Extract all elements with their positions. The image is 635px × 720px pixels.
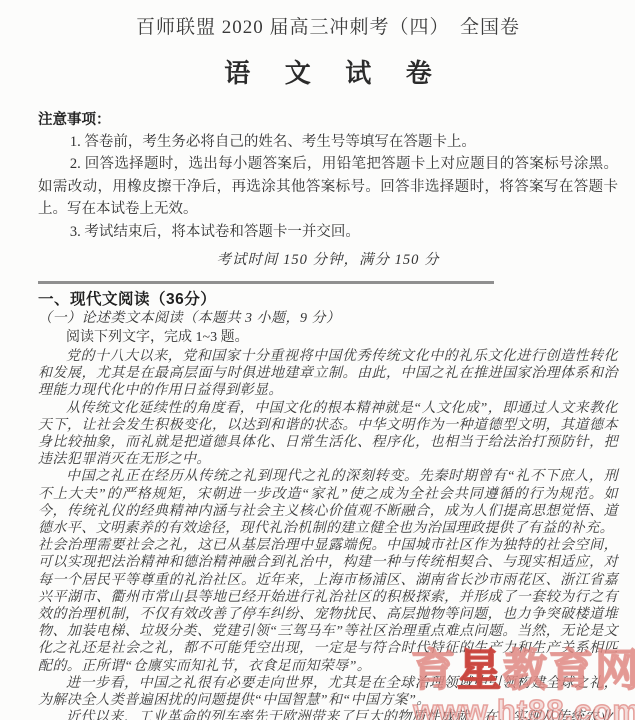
subject-title: 语 文 试 卷 (38, 58, 618, 90)
notice-section: 注意事项： 1. 答卷前，考生务必将自己的姓名、考生号等填写在答题卡上。 2. … (38, 109, 618, 272)
page-content: 百师联盟 2020 届高三冲刺考（四） 全国卷 语 文 试 卷 注意事项： 1.… (0, 15, 635, 720)
section-heading: 一、现代文阅读（36分） (38, 290, 618, 310)
passage-paragraph-3: 中国之礼正在经历从传统之礼到现代之礼的深刻转变。先秦时期曾有“礼不下庶人，刑不上… (38, 468, 618, 537)
exam-paper-page: 百师联盟 2020 届高三冲刺考（四） 全国卷 语 文 试 卷 注意事项： 1.… (0, 0, 635, 720)
notice-item-1: 1. 答卷前，考生务必将自己的姓名、考生号等填写在答题卡上。 (38, 131, 618, 153)
notice-heading: 注意事项： (38, 109, 618, 131)
passage-paragraph-6-clipped: 近代以来，工业革命的列车率先于欧洲带来了巨大的物质性成就，在，实现从传统农业 (38, 709, 618, 720)
notice-item-2: 2. 回答选择题时，选出每小题答案后，用铅笔把答题卡上对应题目的答案标号涂黑。如… (38, 153, 618, 220)
passage-paragraph-4: 社会治理需要社会之礼，这已从基层治理中显露端倪。中国城市社区作为独特的社会空间，… (38, 537, 618, 675)
section-instruction: 阅读下列文字，完成 1~3 题。 (38, 329, 618, 348)
reading-passage: 党的十八大以来，党和国家十分重视将中国优秀传统文化中的礼乐文化进行创造性转化和发… (38, 348, 618, 720)
exam-header-title: 百师联盟 2020 届高三冲刺考（四） 全国卷 (38, 15, 618, 41)
exam-time-line: 考试时间 150 分钟，满分 150 分 (38, 248, 618, 272)
section-subheading: （一）论述类文本阅读（本题共 3 小题，9 分） (38, 310, 618, 329)
passage-paragraph-1: 党的十八大以来，党和国家十分重视将中国优秀传统文化中的礼乐文化进行创造性转化和发… (38, 348, 618, 400)
reading-section: 一、现代文阅读（36分） （一）论述类文本阅读（本题共 3 小题，9 分） 阅读… (38, 290, 618, 720)
passage-paragraph-2: 从传统文化延续性的角度看，中国文化的根本精神就是“人文化成”，即通过人文来教化天… (38, 400, 618, 469)
notice-item-3: 3. 考试结束后，将本试卷和答题卡一并交回。 (38, 221, 618, 243)
passage-paragraph-5: 进一步看，中国之礼很有必要走向世界，尤其是在全球治理领域中引领构建全球之礼，为解… (38, 675, 618, 709)
section-divider-rule (38, 281, 494, 284)
